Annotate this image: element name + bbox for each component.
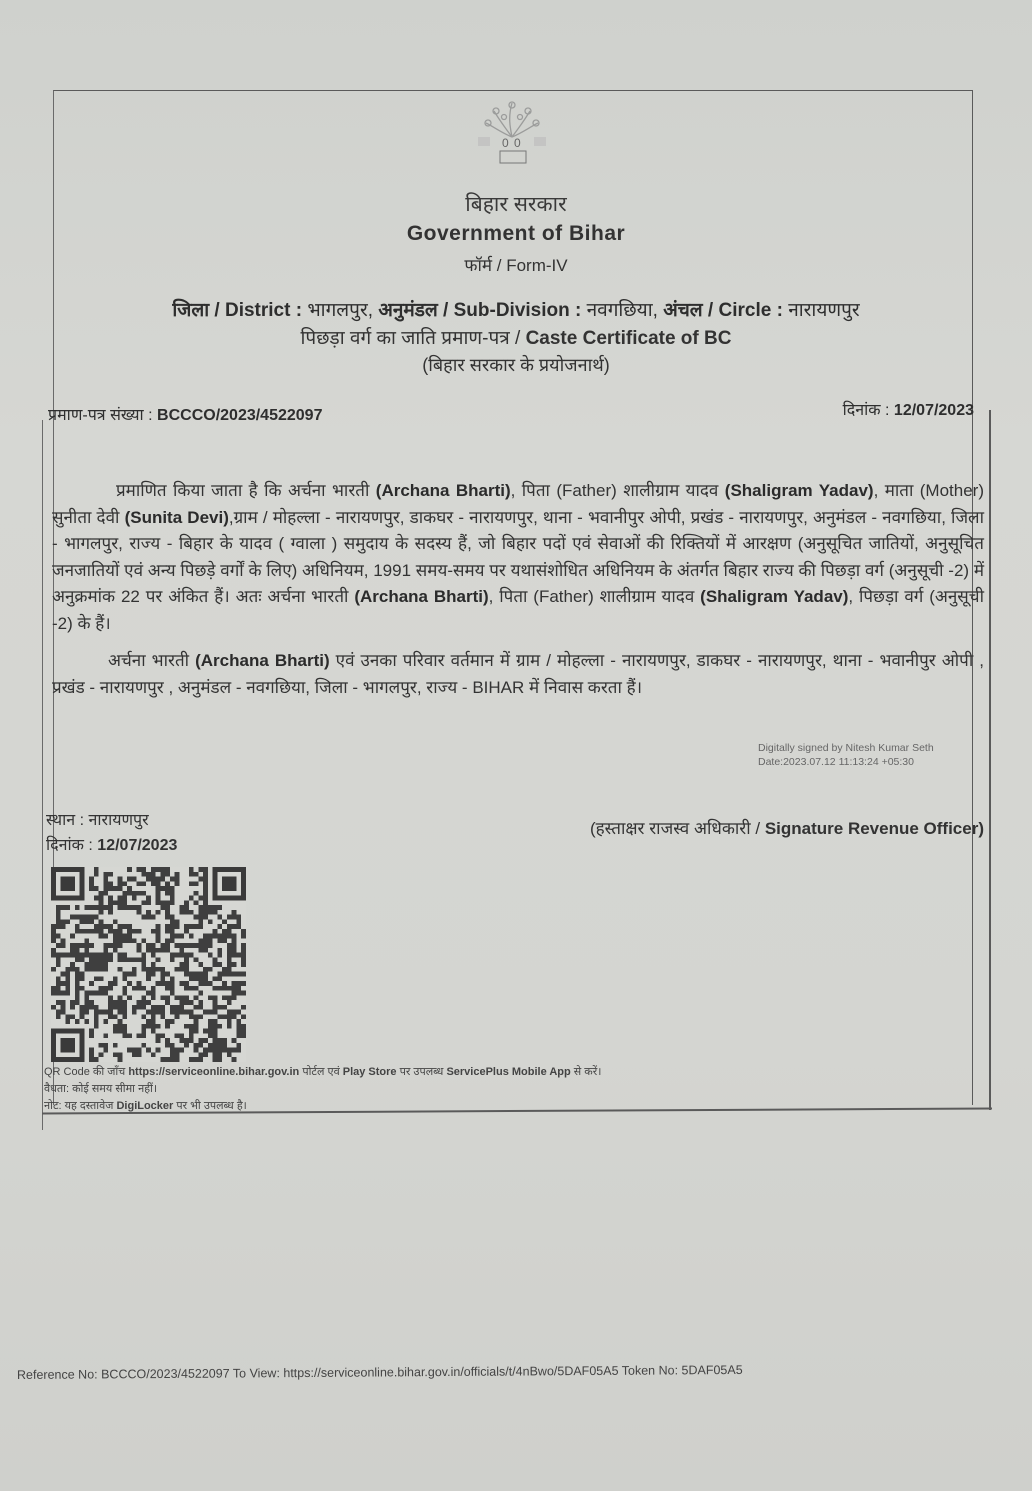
signature-officer-english: Signature Revenue Officer) xyxy=(765,819,984,838)
subdivision-label: अनुमंडल / Sub-Division : xyxy=(378,300,581,321)
certificate-date-value: 12/07/2023 xyxy=(894,402,974,419)
bihar-emblem-icon: 0 0 xyxy=(472,97,552,169)
father-name: (Shaligram Yadav) xyxy=(700,587,848,606)
text: से करें। xyxy=(571,1066,602,1078)
text: , पिता (Father) शालीग्राम यादव xyxy=(511,481,725,500)
certificate-title: पिछड़ा वर्ग का जाति प्रमाण-पत्र / Caste … xyxy=(0,324,1032,350)
district-label: जिला / District : xyxy=(172,300,302,321)
subdivision-value: नवगछिया, xyxy=(587,300,658,321)
text: प्रमाणित किया जाता है कि अर्चना भारती xyxy=(116,481,376,500)
qr-code[interactable] xyxy=(51,867,246,1062)
place-value: नारायणपुर xyxy=(89,812,149,829)
government-title: Government of Bihar xyxy=(0,222,1032,246)
place: स्थान : नारायणपुर xyxy=(46,808,177,833)
digital-signature-signer: Digitally signed by Nitesh Kumar Seth xyxy=(758,741,934,755)
certificate-purpose: (बिहार सरकार के प्रयोजनार्थ) xyxy=(0,353,1032,377)
circle-value: नारायणपुर xyxy=(788,300,859,321)
issue-date-value: 12/07/2023 xyxy=(97,837,177,854)
svg-text:0: 0 xyxy=(502,136,509,150)
digital-signature-date: Date:2023.07.12 11:13:24 +05:30 xyxy=(758,755,934,769)
certificate-number: प्रमाण-पत्र संख्या : BCCCO/2023/4522097 xyxy=(48,403,322,425)
certificate-date: दिनांक : 12/07/2023 xyxy=(843,398,974,420)
signature-officer-hindi: (हस्ताक्षर राजस्व अधिकारी / xyxy=(590,819,760,838)
applicant-name: (Archana Bharti) xyxy=(195,651,330,670)
text: ServicePlus Mobile App xyxy=(446,1066,570,1078)
validity-note: वैधता: कोई समय सीमा नहीं। xyxy=(44,1081,601,1098)
signature-officer: (हस्ताक्षर राजस्व अधिकारी / Signature Re… xyxy=(590,816,984,839)
district-value: भागलपुर, xyxy=(307,300,373,321)
frame-line xyxy=(42,420,43,1130)
mother-name: (Sunita Devi) xyxy=(125,508,229,527)
applicant-name: (Archana Bharti) xyxy=(354,587,488,606)
certificate-title-english: Caste Certificate of BC xyxy=(526,328,732,349)
qr-verification-note: QR Code की जाँच https://serviceonline.bi… xyxy=(44,1064,601,1081)
verification-notes: QR Code की जाँच https://serviceonline.bi… xyxy=(44,1064,601,1115)
text: अर्चना भारती xyxy=(108,651,195,670)
text: , पिता (Father) शालीग्राम यादव xyxy=(489,587,700,606)
applicant-name: (Archana Bharti) xyxy=(376,481,511,500)
svg-text:0: 0 xyxy=(514,136,521,150)
text: पोर्टल एवं xyxy=(299,1066,342,1078)
issue-date-label: दिनांक : xyxy=(46,837,93,854)
residence-paragraph: अर्चना भारती (Archana Bharti) एवं उनका प… xyxy=(52,648,984,701)
text: DigiLocker xyxy=(116,1100,173,1112)
certificate-number-value: BCCCO/2023/4522097 xyxy=(157,407,322,424)
certificate-title-hindi: पिछड़ा वर्ग का जाति प्रमाण-पत्र / xyxy=(301,328,521,349)
text: पर भी उपलब्ध है। xyxy=(173,1100,247,1112)
text: Play Store xyxy=(343,1066,397,1078)
text: पर उपलब्ध xyxy=(397,1066,447,1078)
form-number: फॉर्म / Form-IV xyxy=(0,253,1032,276)
certificate-date-label: दिनांक : xyxy=(843,402,890,419)
place-label: स्थान : xyxy=(46,812,84,829)
frame-line xyxy=(989,410,991,1110)
verification-link[interactable]: https://serviceonline.bihar.gov.in xyxy=(128,1066,299,1078)
circle-label: अंचल / Circle : xyxy=(663,300,783,321)
jurisdiction-line: जिला / District : भागलपुर, अनुमंडल / Sub… xyxy=(0,296,1032,322)
father-name: (Shaligram Yadav) xyxy=(725,481,874,500)
text: QR Code की जाँच xyxy=(44,1066,128,1078)
government-title-hindi: बिहार सरकार xyxy=(0,190,1032,218)
digilocker-note: नोट: यह दस्तावेज DigiLocker पर भी उपलब्ध… xyxy=(44,1098,601,1115)
certification-paragraph: प्रमाणित किया जाता है कि अर्चना भारती (A… xyxy=(52,478,984,637)
issue-date: दिनांक : 12/07/2023 xyxy=(46,833,177,858)
place-and-date: स्थान : नारायणपुर दिनांक : 12/07/2023 xyxy=(46,808,177,858)
digital-signature: Digitally signed by Nitesh Kumar Seth Da… xyxy=(758,741,934,769)
certificate-number-label: प्रमाण-पत्र संख्या : xyxy=(48,407,153,424)
text: नोट: यह दस्तावेज xyxy=(44,1100,116,1112)
